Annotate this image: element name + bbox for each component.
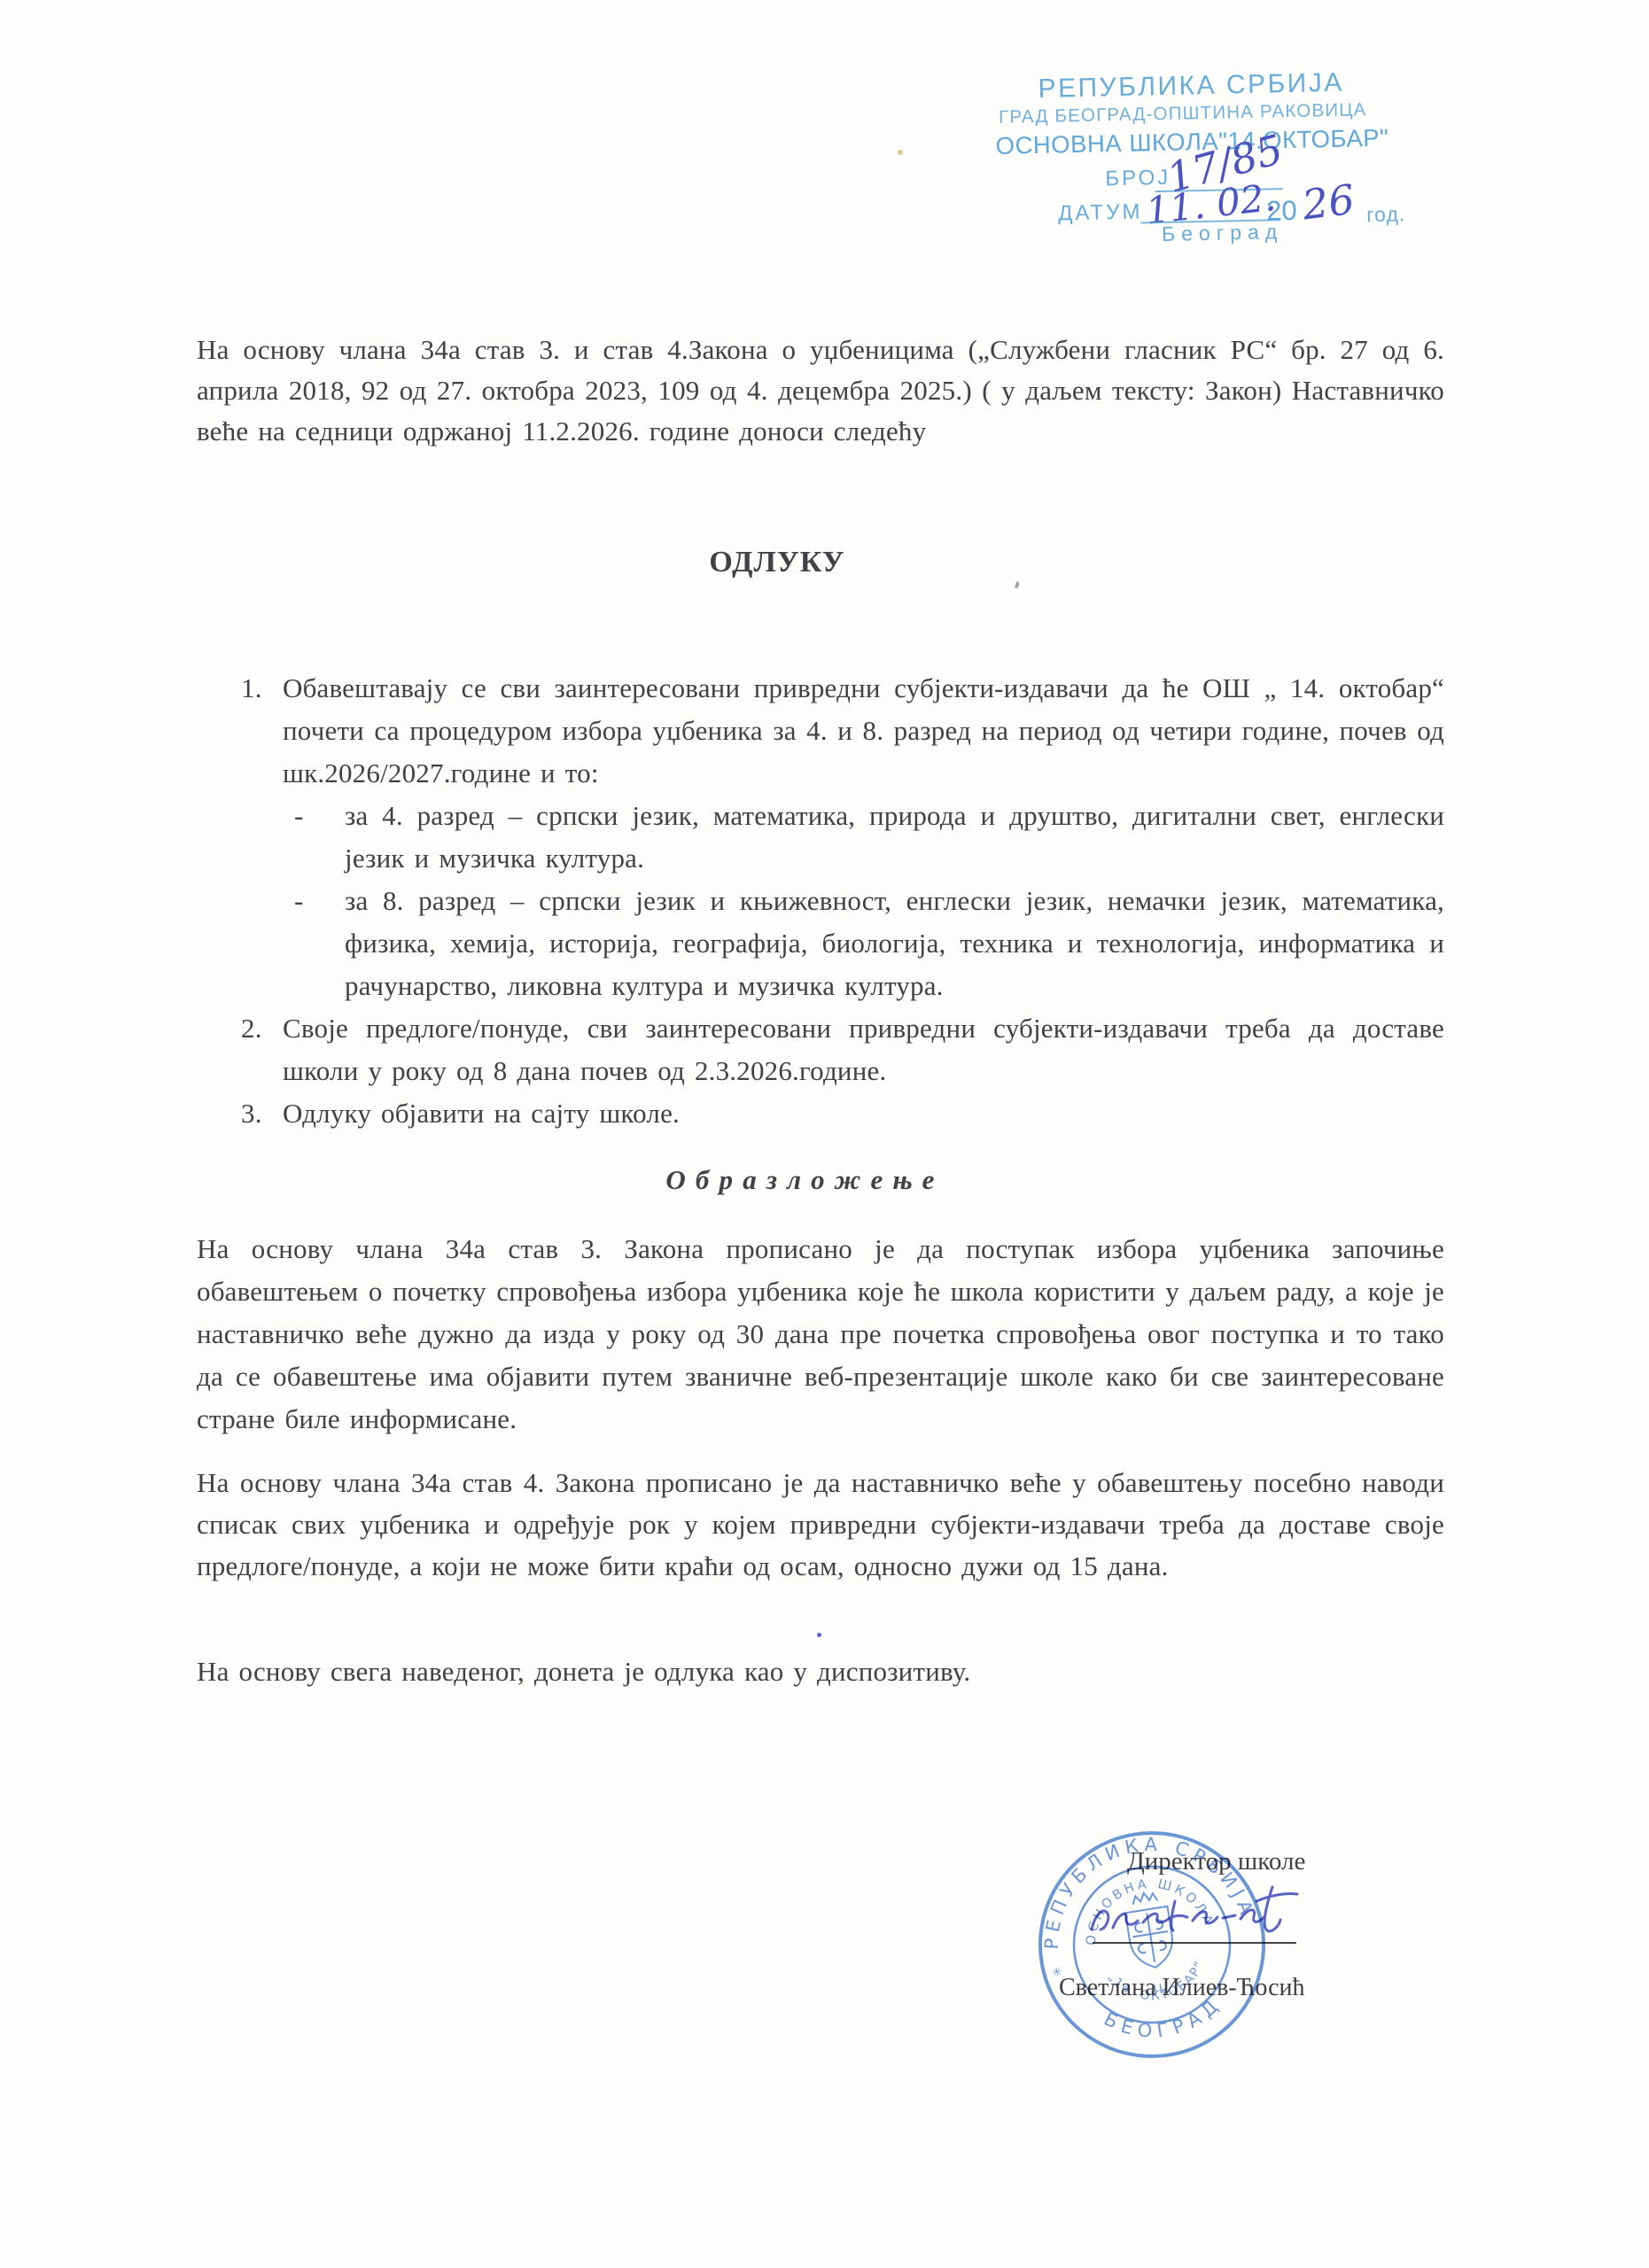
list-subitem: - за 4. разред – српски језик, математик… (197, 795, 1444, 880)
list-item-number: 3. (241, 1092, 262, 1135)
stamp-place-line: Београд (1146, 220, 1299, 247)
subitem-dash: - (294, 795, 304, 837)
scan-speck (817, 1633, 821, 1637)
closing-paragraph: На основу свега наведеног, донета је одл… (197, 1651, 1444, 1693)
stamp-year-suffix: год. (1366, 202, 1406, 227)
document-page: РЕПУБЛИКА СРБИЈА ГРАД БЕОГРАД-ОПШТИНА РА… (0, 0, 1649, 2268)
stamp-year-handwritten: 26 (1300, 175, 1357, 229)
list-item-number: 1. (241, 667, 262, 710)
list-item: 2. Своје предлоге/понуде, сви заинтересо… (197, 1007, 1444, 1092)
rationale-paragraph: На основу члана 34а став 4. Закона пропи… (197, 1462, 1444, 1587)
scan-speck (898, 150, 903, 155)
list-item: 1. Обавештавају се сви заинтересовани пр… (197, 667, 1444, 795)
rationale-paragraph: На основу члана 34а став 3. Закона пропи… (197, 1228, 1444, 1441)
office-stamp: РЕПУБЛИКА СРБИЈА ГРАД БЕОГРАД-ОПШТИНА РА… (991, 58, 1420, 270)
rationale-heading: О б р а з л о ж е њ е (197, 1159, 1404, 1201)
subitem-text: за 4. разред – српски језик, математика,… (345, 800, 1444, 874)
list-item-number: 2. (241, 1007, 262, 1050)
seal-numeral: II (1152, 1980, 1166, 1998)
list-item-text: Обавештавају се сви заинтересовани привр… (283, 672, 1444, 788)
list-item-text: Одлуку објавити на сајту школе. (283, 1098, 680, 1129)
list-subitem: - за 8. разред – српски језик и књижевно… (197, 880, 1444, 1007)
list-item-text: Своје предлоге/понуде, сви заинтересован… (283, 1013, 1444, 1086)
subitem-dash: - (294, 880, 304, 922)
scan-speck (1015, 581, 1020, 589)
seal-star: ✳ (1052, 1965, 1063, 1980)
decision-list: 1. Обавештавају се сви заинтересовани пр… (197, 667, 1444, 1135)
coat-of-arms-icon (1123, 1890, 1177, 1970)
intro-paragraph: На основу члана 34а став 3. и став 4.Зак… (197, 330, 1444, 452)
list-item: 3. Одлуку објавити на сајту школе. (197, 1092, 1444, 1135)
round-seal: РЕПУБЛИКА СРБИЈА БЕОГРАД ОСНОВНА ШКОЛА „… (1028, 1821, 1276, 2069)
stamp-date-label: ДАТУМ (1058, 199, 1143, 226)
subitem-text: за 8. разред – српски језик и књижевност… (345, 885, 1444, 1001)
document-title: ОДЛУКУ (197, 541, 1357, 584)
